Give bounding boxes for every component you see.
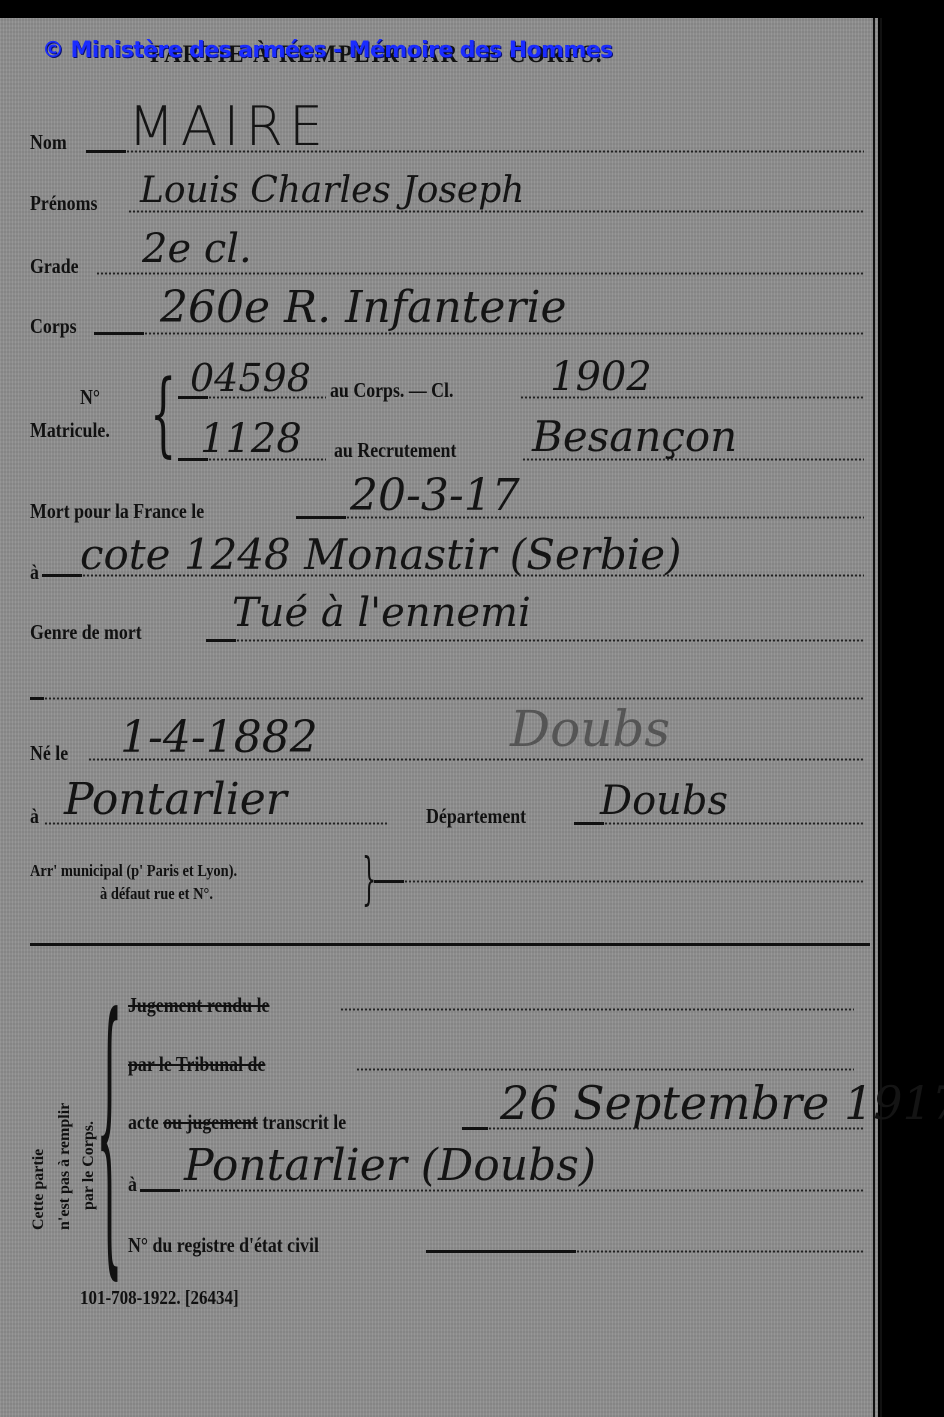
- acte-date-value: 26 Septembre 1917: [500, 1076, 944, 1130]
- matricule-no-label: N°: [80, 385, 100, 410]
- nom-value: MAIRE: [128, 95, 329, 158]
- grade-value: 2e cl.: [142, 226, 252, 272]
- genre-mort-label: Genre de mort: [30, 620, 142, 645]
- ne-a-label: à: [30, 804, 39, 829]
- matricule-brace: {: [150, 368, 176, 460]
- ne-le-value: 1-4-1882: [120, 712, 318, 763]
- acte-label-part1: acte: [128, 1110, 159, 1134]
- form-reference-code: 101-708-1922. [26434]: [80, 1287, 239, 1310]
- prenoms-value: Louis Charles Joseph: [140, 170, 524, 211]
- nom-underline: [86, 150, 126, 153]
- mort-a-underline: [42, 574, 82, 577]
- mort-le-underline: [296, 516, 346, 519]
- departement-value: Doubs: [600, 778, 728, 824]
- ne-le-label: Né le: [30, 741, 68, 766]
- classe-value: 1902: [550, 354, 652, 400]
- tribunal-dotted-line: [356, 1068, 854, 1071]
- tribunal-label: par le Tribunal de: [128, 1052, 265, 1077]
- corps-value: 260e R. Infanterie: [160, 282, 567, 333]
- section-separator: [30, 943, 870, 946]
- matricule-label: Matricule.: [30, 418, 110, 443]
- mort-a-value: cote 1248 Monastir (Serbie): [80, 530, 681, 579]
- side-note-line-2: n'est pas à remplir: [56, 1103, 74, 1230]
- card-edge-line: [873, 18, 875, 1417]
- arrondissement-dotted-line: [404, 880, 864, 883]
- grade-label: Grade: [30, 254, 79, 279]
- jugement-label: Jugement rendu le: [128, 993, 269, 1018]
- acte-label-part2: transcrit le: [262, 1110, 346, 1134]
- genre-mort-dotted-line: [236, 639, 864, 642]
- matricule-corps-value: 04598: [190, 356, 311, 400]
- copyright-watermark: © Ministère des armées - Mémoire des Hom…: [42, 38, 613, 63]
- blank-line-start: [30, 697, 44, 700]
- civil-section-brace: {: [96, 980, 123, 1280]
- jugement-dotted-line: [340, 1008, 854, 1011]
- mort-le-value: 20-3-17: [350, 470, 520, 521]
- transcription-place-label: à: [128, 1172, 137, 1197]
- recrutement-value: 1128: [200, 416, 302, 462]
- registre-label: N° du registre d'état civil: [128, 1233, 319, 1258]
- grade-dotted-line: [96, 272, 864, 275]
- arrondissement-underline: [374, 880, 404, 883]
- registre-underline: [426, 1250, 576, 1253]
- arrondissement-label-line2: à défaut rue et N°.: [100, 884, 213, 904]
- side-note-line-1: Cette partie: [30, 1149, 48, 1230]
- transcription-place-value: Pontarlier (Doubs): [184, 1140, 596, 1191]
- acte-underline: [462, 1127, 488, 1130]
- ne-a-value: Pontarlier: [64, 774, 287, 825]
- departement-label: Département: [426, 804, 526, 829]
- acte-label-struck: ou jugement: [163, 1110, 258, 1134]
- recrutement-label: au Recrutement: [334, 438, 456, 463]
- mort-le-label: Mort pour la France le: [30, 499, 204, 524]
- registre-dotted-line: [576, 1250, 864, 1253]
- blank-dotted-line: [44, 697, 864, 700]
- corps-label: Corps: [30, 314, 77, 339]
- corps-underline: [94, 332, 144, 335]
- genre-mort-value: Tué à l'ennemi: [232, 590, 531, 636]
- ne-le-annotation: Doubs: [510, 700, 670, 758]
- nom-label: Nom: [30, 130, 67, 155]
- acte-label: acte ou jugement transcrit le: [128, 1110, 346, 1135]
- genre-mort-underline: [206, 639, 236, 642]
- arrondissement-label-line1: Arr' municipal (p' Paris et Lyon).: [30, 861, 237, 881]
- card-edge-line: [880, 18, 882, 1417]
- transcription-place-underline: [140, 1189, 180, 1192]
- matricule-corps-label: au Corps. — Cl.: [330, 378, 453, 403]
- prenoms-label: Prénoms: [30, 191, 97, 216]
- mort-a-label: à: [30, 560, 39, 585]
- recrutement-place-value: Besançon: [532, 412, 737, 461]
